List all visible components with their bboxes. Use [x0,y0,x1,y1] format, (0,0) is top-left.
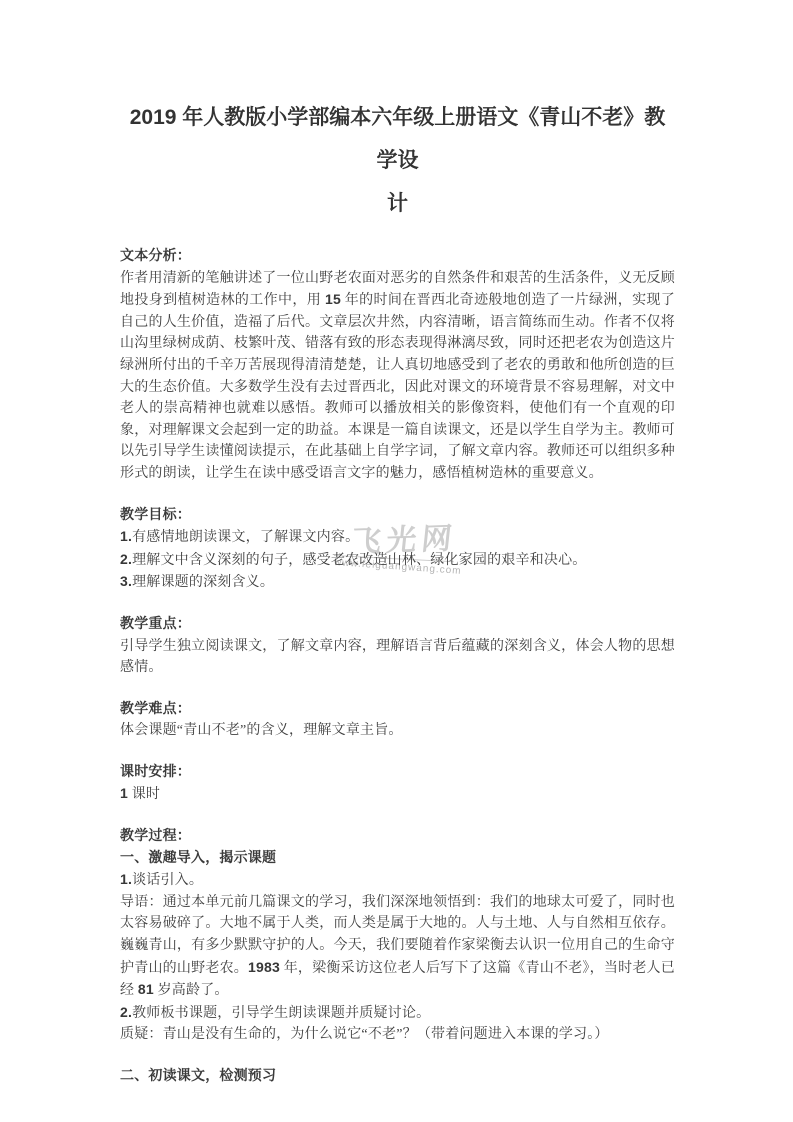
section-part-two: 二、初读课文，检测预习 [120,1066,675,1088]
paragraph: 引导学生独立阅读课文，了解文章内容，理解语言背后蕴藏的深刻含义，体会人物的思想感… [120,636,675,679]
paragraph: 1 课时 [120,783,675,806]
sub-heading-part-one: 一、激趣导入，揭示课题 [120,848,675,870]
list-item: 1.有感情地朗读课文，了解课文内容。 [120,526,675,549]
section-heading: 文本分析： [120,246,675,268]
list-item: 2.教师板书课题，引导学生朗读课题并质疑讨论。 [120,1002,675,1025]
document-page: 飞光网 www.feiguangwang.com 2019 年人教版小学部编本六… [0,0,793,1122]
sub-heading-part-two: 二、初读课文，检测预习 [120,1066,675,1088]
page-title-line-2: 计 [120,182,675,225]
section-heading: 教学重点： [120,614,675,636]
document-content: 2019 年人教版小学部编本六年级上册语文《青山不老》教学设 计 文本分析： 作… [120,96,675,1088]
list-item: 2.理解文中含义深刻的句子，感受老农改造山林、绿化家园的艰辛和决心。 [120,549,675,572]
paragraph: 质疑：青山是没有生命的，为什么说它“不老”？（带着问题进入本课的学习。） [120,1024,675,1046]
section-teaching-goals: 教学目标： 1.有感情地朗读课文，了解课文内容。 2.理解文中含义深刻的句子，感… [120,505,675,594]
section-teaching-difficulties: 教学难点： 体会课题“青山不老”的含义，理解文章主旨。 [120,699,675,742]
section-teaching-key-points: 教学重点： 引导学生独立阅读课文，了解文章内容，理解语言背后蕴藏的深刻含义，体会… [120,614,675,679]
section-heading: 教学过程： [120,826,675,848]
page-title: 2019 年人教版小学部编本六年级上册语文《青山不老》教学设 计 [120,96,675,225]
section-heading: 课时安排： [120,762,675,784]
section-teaching-process: 教学过程： 一、激趣导入，揭示课题 1.谈话引入。 导语：通过本单元前几篇课文的… [120,826,675,1046]
page-title-line-1: 2019 年人教版小学部编本六年级上册语文《青山不老》教学设 [120,96,675,182]
section-lesson-schedule: 课时安排： 1 课时 [120,762,675,806]
list-item: 3.理解课题的深刻含义。 [120,571,675,594]
section-heading: 教学难点： [120,699,675,721]
section-heading: 教学目标： [120,505,675,527]
paragraph: 导语：通过本单元前几篇课文的学习，我们深深地领悟到：我们的地球太可爱了，同时也太… [120,892,675,1002]
section-text-analysis: 文本分析： 作者用清新的笔触讲述了一位山野老农面对恶劣的自然条件和艰苦的生活条件… [120,246,675,485]
list-item: 1.谈话引入。 [120,869,675,892]
paragraph: 体会课题“青山不老”的含义，理解文章主旨。 [120,720,675,742]
paragraph: 作者用清新的笔触讲述了一位山野老农面对恶劣的自然条件和艰苦的生活条件，义无反顾地… [120,268,675,485]
